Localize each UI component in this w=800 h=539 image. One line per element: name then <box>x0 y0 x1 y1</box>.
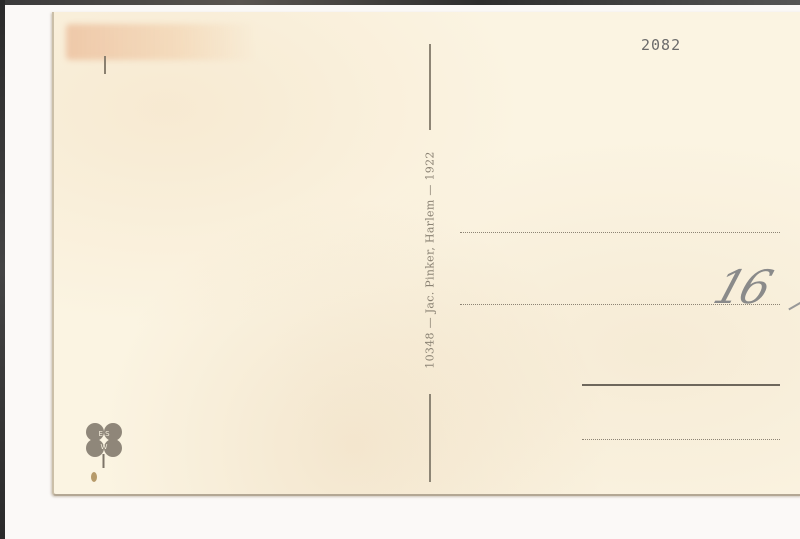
handwritten-stroke <box>788 288 800 311</box>
postcard-back: 10348 — Jac. Pinker, Harlem — 1922 2082 … <box>52 12 800 496</box>
svg-text:E.S: E.S <box>98 430 110 438</box>
scan-left-edge <box>0 0 5 539</box>
publisher-imprint: 10348 — Jac. Pinker, Harlem — 1922 <box>424 151 437 368</box>
address-line-4 <box>582 439 780 440</box>
paper-stain <box>66 24 256 60</box>
address-line-1 <box>460 232 780 233</box>
stain-mark <box>104 56 106 74</box>
handwritten-price: 16 <box>707 260 775 314</box>
center-divider-top <box>429 44 431 130</box>
address-line-3 <box>582 384 780 386</box>
svg-text:W: W <box>101 443 108 451</box>
four-leaf-clover-icon: E.S W <box>82 420 126 484</box>
center-divider-bottom <box>429 394 431 482</box>
pencil-inventory-number: 2082 <box>641 36 681 54</box>
scan-top-edge <box>0 0 800 5</box>
